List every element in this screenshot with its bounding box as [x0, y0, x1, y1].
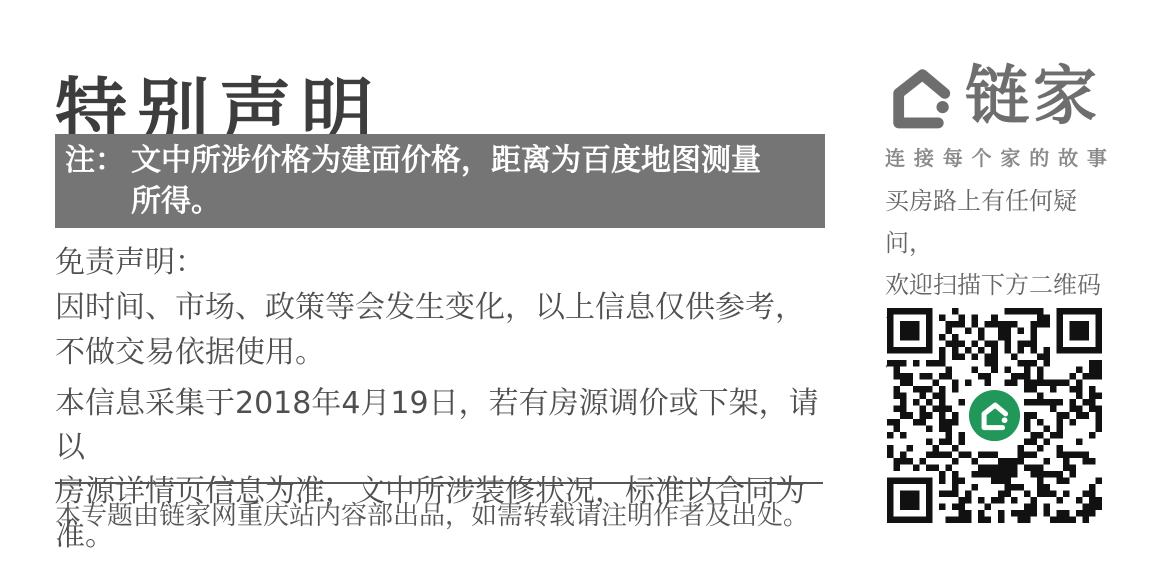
tagline-char: 家	[1000, 142, 1020, 171]
price-note-box: 注： 文中所涉价格为建面价格，距离为百度地图测量 所得。	[55, 134, 825, 228]
qr-code-svg	[887, 308, 1102, 523]
tagline-char: 接	[914, 142, 934, 171]
note-text: 文中所涉价格为建面价格，距离为百度地图测量 所得。	[131, 140, 823, 222]
brand-column: 链家 连接每个家的故事 买房路上有任何疑问， 欢迎扫描下方二维码 下载APP，了…	[885, 0, 1110, 575]
qr-code	[887, 308, 1102, 523]
disclaimer-heading: 免责声明：	[55, 240, 205, 285]
tagline-char: 连	[885, 142, 905, 171]
tagline-char: 每	[943, 142, 963, 171]
note-prefix: 注：	[65, 140, 125, 222]
tagline-char: 事	[1087, 142, 1107, 171]
footer-divider	[55, 482, 823, 484]
brand-logo-row: 链家	[885, 60, 1101, 134]
tagline-char: 个	[972, 142, 992, 171]
statement-column: 特别声明 注： 文中所涉价格为建面价格，距离为百度地图测量 所得。 免责声明： …	[55, 0, 833, 575]
lianjia-house-icon	[885, 60, 957, 134]
qr-center-logo	[965, 386, 1024, 445]
disclaimer-body: 因时间、市场、政策等会发生变化，以上信息仅供参考， 不做交易依据使用。	[55, 285, 805, 375]
brand-tagline: 连接每个家的故事	[885, 142, 1107, 171]
special-statement-page: 特别声明 注： 文中所涉价格为建面价格，距离为百度地图测量 所得。 免责声明： …	[0, 0, 1150, 575]
tagline-char: 的	[1029, 142, 1049, 171]
footer-credit: 本专题由链家网重庆站内容部出品，如需转载请注明作者及出处。	[55, 496, 809, 536]
brand-name: 链家	[965, 60, 1101, 134]
tagline-char: 故	[1058, 142, 1078, 171]
